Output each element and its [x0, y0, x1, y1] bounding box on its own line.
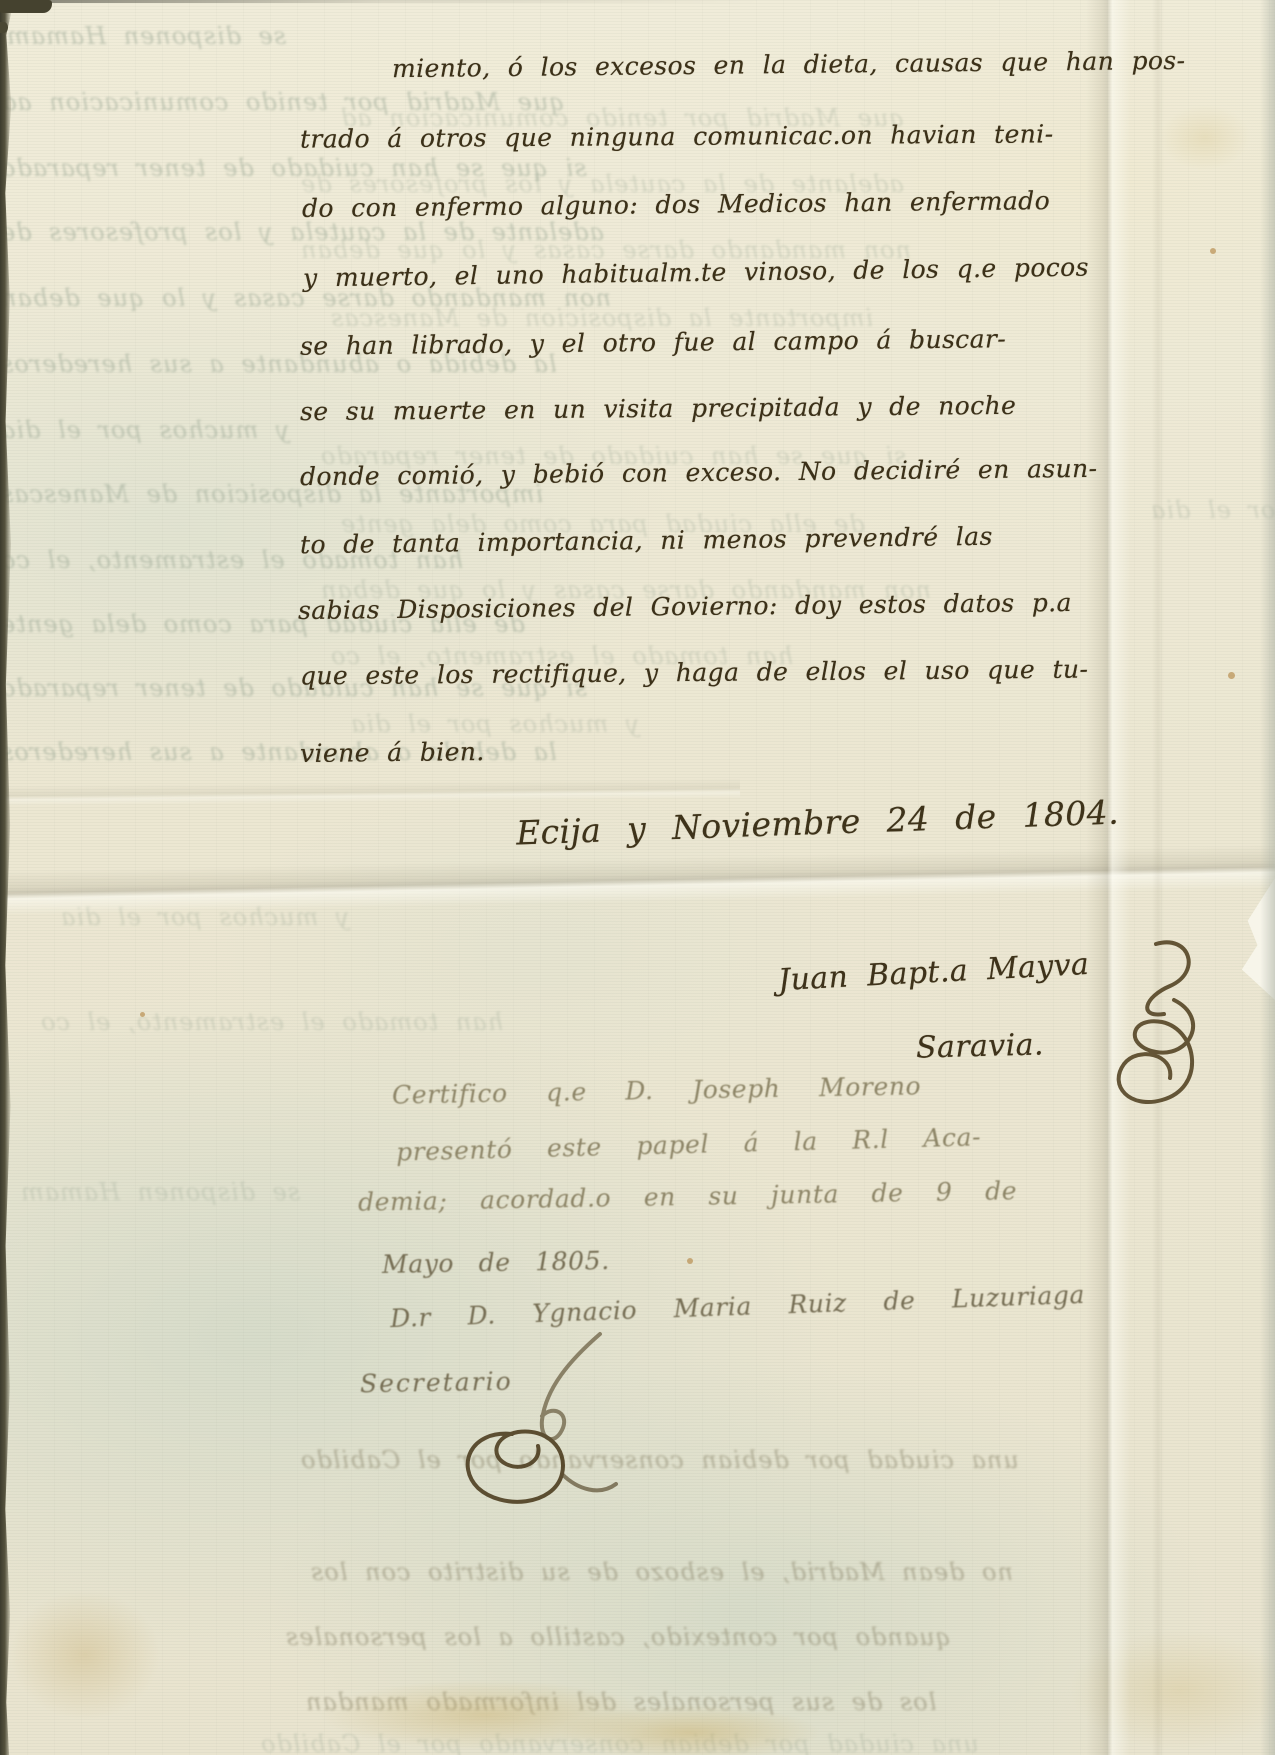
bleedthrough-text: y muchos por el dia [0, 418, 289, 442]
bleedthrough-text: quando por contexido, castillo a los per… [285, 1625, 951, 1649]
foxing-speck [687, 1258, 693, 1264]
certification-line: D.r D. Ygnacio Maria Ruiz de Luzuriaga [390, 1282, 1086, 1331]
bleedthrough-text: y muchos por el dia [1150, 498, 1275, 522]
paper-stain [1160, 105, 1250, 170]
top-page-edge [0, 0, 1275, 3]
bleedthrough-text: no dean Madrid, el esbozo de su distrito… [310, 1560, 1013, 1584]
signature-rubric-flourish [1078, 938, 1208, 1128]
fold-crease-horizontal-faint [0, 778, 740, 806]
fold-crease-horizontal [0, 845, 1275, 916]
fold-crease-vertical [1086, 0, 1130, 1755]
foxing-speck [1210, 248, 1216, 254]
bleedthrough-text: los de sus personales del informado mand… [305, 1690, 936, 1714]
letter-line: se su muerte en un visita precipitada y … [300, 393, 1016, 424]
secretary-rubric-flourish [448, 1330, 658, 1515]
letter-line: miento, ó los excesos en la dieta, causa… [392, 48, 1186, 81]
letter-line: donde comió, y bebió con exceso. No deci… [300, 456, 1098, 489]
foxing-speck [140, 1012, 145, 1017]
letter-line: se han librado, y el otro fue al campo á… [300, 326, 1006, 358]
dateline: Ecija y Noviembre 24 de 1804. [516, 795, 1120, 849]
bleedthrough-text: se disponen Hamam [6, 24, 286, 48]
bleedthrough-text: se disponen Hamam [20, 1180, 300, 1204]
letter-line: sabias Disposiciones del Govierno: doy e… [298, 590, 1072, 623]
signature-surname: Saravia. [916, 1030, 1045, 1063]
bleedthrough-text: una ciudad por debian conservando por el… [260, 1732, 979, 1755]
top-left-dark-mark [0, 0, 52, 13]
paper-stain [10, 1590, 160, 1720]
manuscript-scan: se disponen Hamam que Madrid por tenido … [0, 0, 1275, 1755]
right-page-edge [1260, 0, 1275, 1755]
letter-line: do con enfermo alguno: dos Medicos han e… [302, 188, 1050, 221]
bleedthrough-text: han tomado el estramento, el co [40, 1010, 503, 1034]
bleedthrough-text: y muchos por el dia [350, 712, 639, 736]
letter-line: viene á bien. [300, 739, 485, 766]
bleedthrough-text: una ciudad por debian conservando por el… [300, 1448, 1019, 1472]
letter-line: que este los rectifique, y haga de ellos… [300, 657, 1089, 689]
certification-line: Mayo de 1805. [382, 1248, 610, 1277]
letter-line: trado á otros que ninguna comunicac.on h… [300, 121, 1054, 151]
letter-line: to de tanta importancia, ni menos preven… [300, 524, 993, 557]
certification-line: Certifico q.e D. Joseph Moreno [392, 1073, 922, 1107]
certification-line: demia; acordad.o en su junta de 9 de [358, 1178, 1017, 1214]
certification-line: presentó este papel á la R.l Aca- [396, 1124, 982, 1164]
signature-name: Juan Bapt.a Mayva [777, 950, 1090, 996]
fold-crease-vertical-faint [1152, 0, 1164, 1755]
foxing-speck [1228, 672, 1235, 679]
left-edge-dark-mark [0, 22, 8, 33]
